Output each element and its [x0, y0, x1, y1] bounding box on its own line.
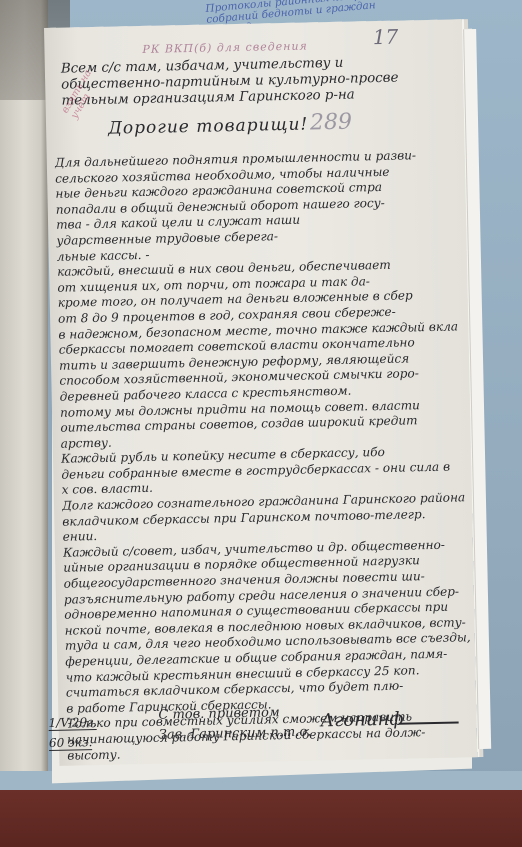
page-number: 17 — [373, 25, 399, 50]
letter-body: Для дальнейшего поднятия промышленности … — [55, 147, 474, 764]
header-note: РК ВКП(б) для сведения — [142, 39, 308, 55]
registry-note: 1/V-29г. 60 экз. — [48, 712, 97, 753]
signer-title: Зав. Гаринским п.т.о. — [159, 723, 312, 746]
signoff-block: С тов. приветом Зав. Гаринским п.т.о. — [158, 703, 311, 746]
book-binding — [0, 0, 48, 790]
registry-copies: 60 экз. — [49, 735, 93, 751]
registry-date: 1/V-29г. — [48, 715, 97, 731]
document-page: РК ВКП(б) для сведения 17 289 Всем с/с т… — [44, 19, 477, 766]
archive-photo: Протоколы районных конфер- собраний бедн… — [0, 0, 522, 847]
archive-number: 289 — [310, 110, 353, 136]
signature: Агонинф — [320, 709, 403, 732]
wooden-table — [0, 790, 522, 847]
greeting: Дорогие товарищи! — [108, 114, 309, 138]
